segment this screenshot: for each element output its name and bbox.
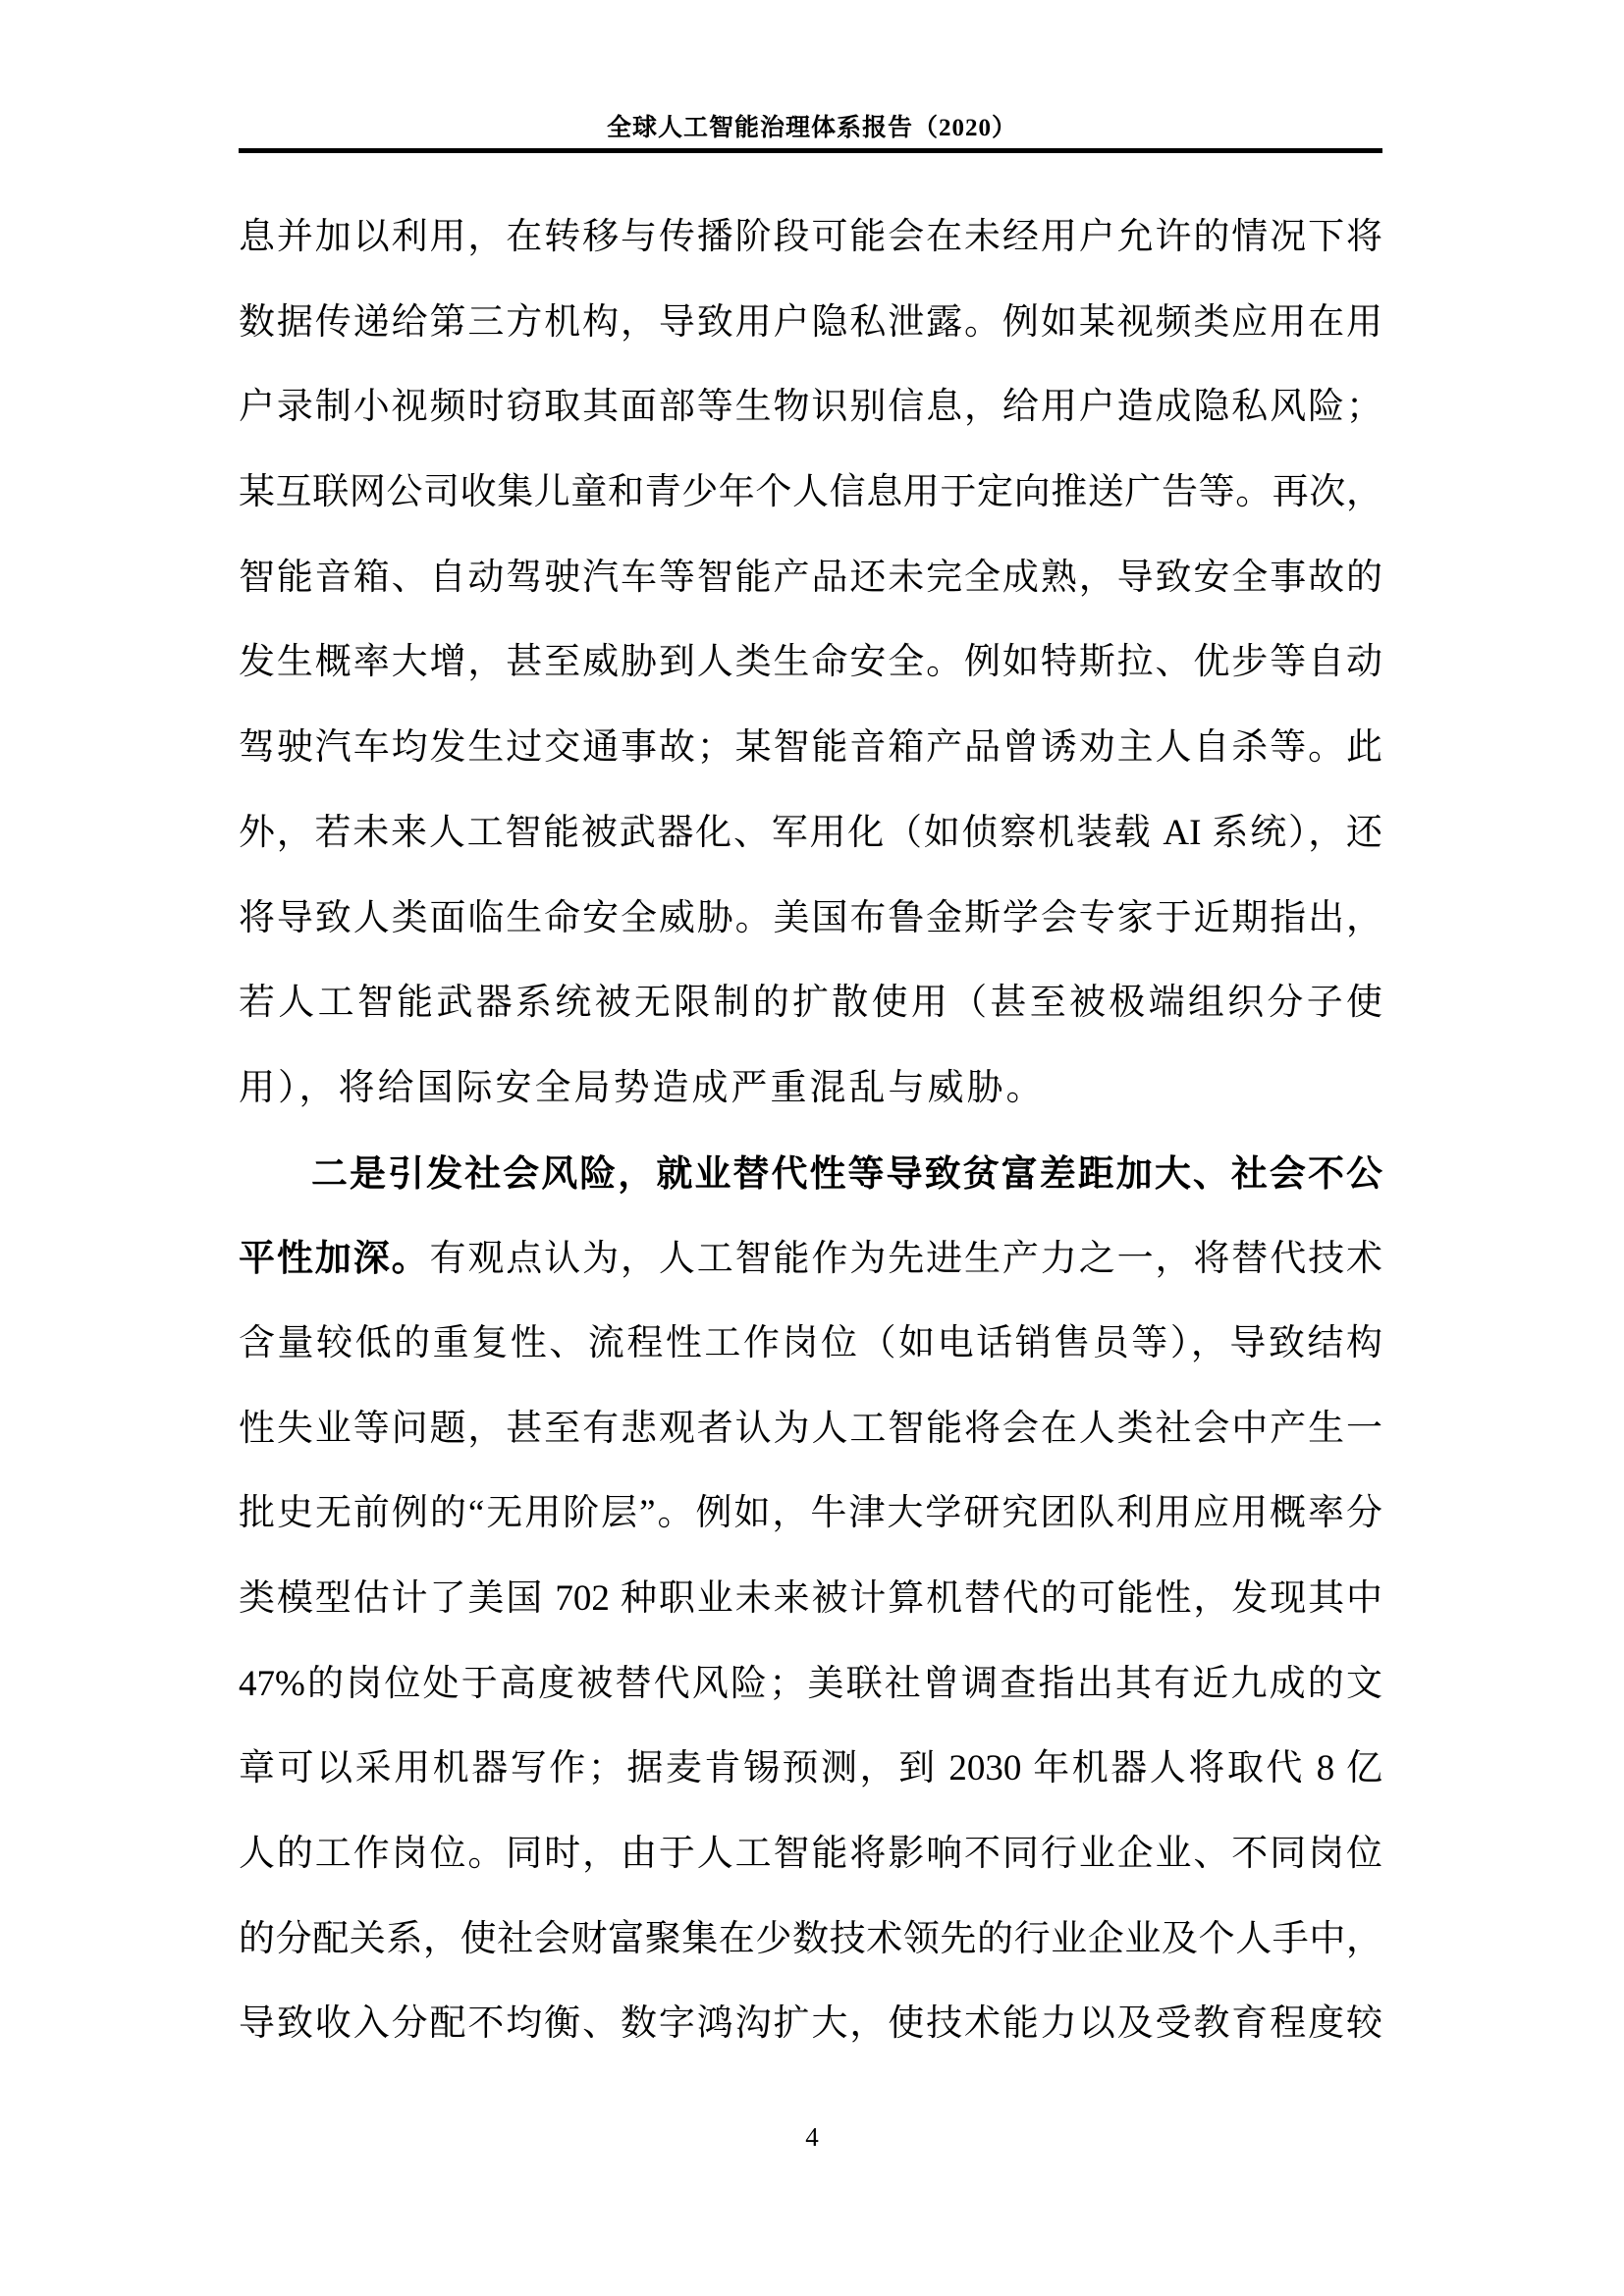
body-line: 智能音箱、自动驾驶汽车等智能产品还未完全成熟，导致安全事故的 [239,536,1382,621]
body-line-paragraph-end: 用），将给国际安全局势造成严重混乱与威胁。 [239,1046,1382,1132]
body-line: 人的工作岗位。同时，由于人工智能将影响不同行业企业、不同岗位 [239,1812,1382,1897]
body-line-text: 有观点认为，人工智能作为先进生产力之一，将替代技术 [429,1239,1382,1279]
body-line: 若人工智能武器系统被无限制的扩散使用（甚至被极端组织分子使 [239,961,1382,1046]
body-line: 某互联网公司收集儿童和青少年个人信息用于定向推送广告等。再次， [239,451,1382,536]
heading-bold-text: 平性加深。 [239,1238,429,1278]
body-line: 性失业等问题，甚至有悲观者认为人工智能将会在人类社会中产生一 [239,1387,1382,1472]
body-line: 驾驶汽车均发生过交通事故；某智能音箱产品曾诱劝主人自杀等。此 [239,706,1382,791]
body-line: 将导致人类面临生命安全威胁。美国布鲁金斯学会专家于近期指出， [239,877,1382,962]
body-line: 息并加以利用，在转移与传播阶段可能会在未经用户允许的情况下将 [239,195,1382,281]
body-line: 类模型估计了美国 702 种职业未来被计算机替代的可能性，发现其中 [239,1557,1382,1642]
body-line: 的分配关系，使社会财富聚集在少数技术领先的行业企业及个人手中， [239,1897,1382,1983]
body-line: 发生概率大增，甚至威胁到人类生命安全。例如特斯拉、优步等自动 [239,620,1382,706]
page-header-title: 全球人工智能治理体系报告（2020） [0,108,1624,143]
body-line: 含量较低的重复性、流程性工作岗位（如电话销售员等），导致结构 [239,1302,1382,1387]
heading-bold-text: 二是引发社会风险，就业替代性等导致贫富差距加大、社会不公 [311,1153,1382,1194]
body-line: 导致收入分配不均衡、数字鸿沟扩大，使技术能力以及受教育程度较 [239,1982,1382,2067]
body-line-heading: 二是引发社会风险，就业替代性等导致贫富差距加大、社会不公 [239,1132,1382,1217]
body-line: 户录制小视频时窃取其面部等生物识别信息，给用户造成隐私风险； [239,365,1382,451]
body-line: 47%的岗位处于高度被替代风险；美联社曾调查指出其有近九成的文 [239,1642,1382,1728]
body-line-mixed: 平性加深。有观点认为，人工智能作为先进生产力之一，将替代技术 [239,1216,1382,1302]
page-number: 4 [0,2122,1624,2153]
body-line: 批史无前例的“无用阶层”。例如，牛津大学研究团队利用应用概率分 [239,1471,1382,1557]
body-line: 外，若未来人工智能被武器化、军用化（如侦察机装载 AI 系统），还 [239,791,1382,877]
document-body: 息并加以利用，在转移与传播阶段可能会在未经用户允许的情况下将 数据传递给第三方机… [239,195,1382,2067]
header-rule [239,148,1382,153]
body-line: 数据传递给第三方机构，导致用户隐私泄露。例如某视频类应用在用 [239,281,1382,366]
body-line: 章可以采用机器写作；据麦肯锡预测，到 2030 年机器人将取代 8 亿 [239,1727,1382,1812]
document-page: 全球人工智能治理体系报告（2020） 息并加以利用，在转移与传播阶段可能会在未经… [0,0,1624,2296]
